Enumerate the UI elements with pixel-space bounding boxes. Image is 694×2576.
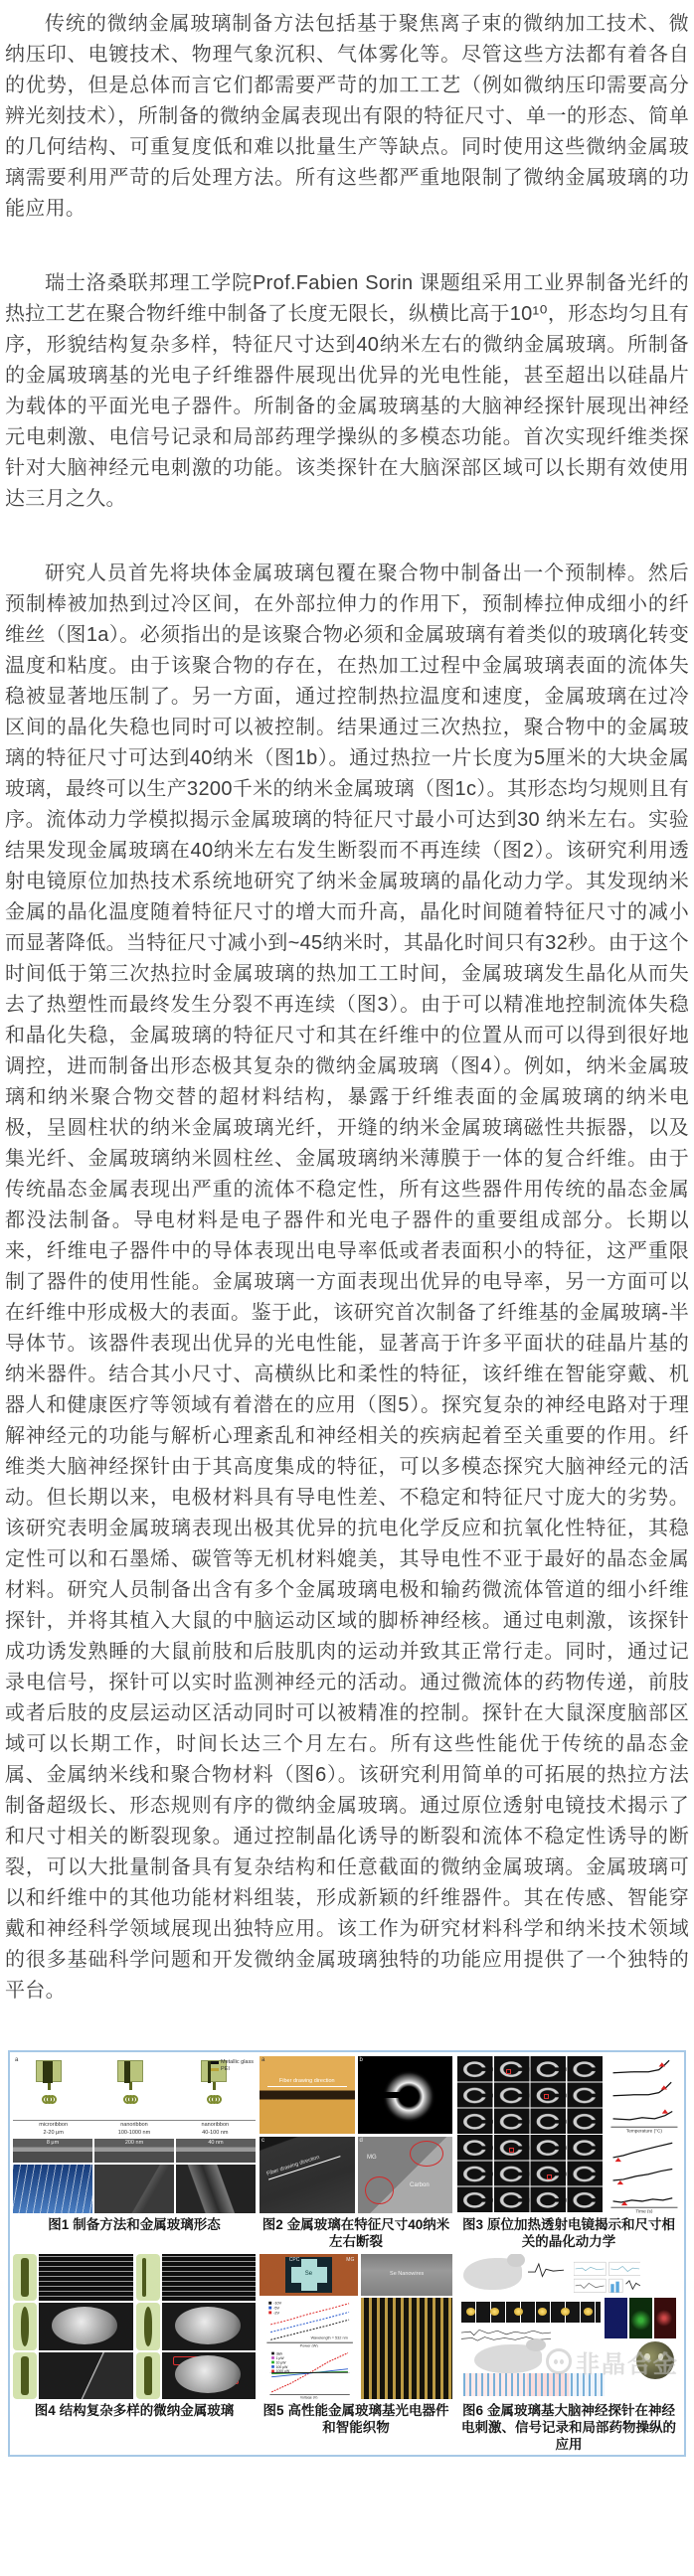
stage-1-size: 2-20 μm — [44, 2130, 64, 2136]
sem-interface — [39, 2352, 133, 2399]
green-schematic — [136, 2303, 160, 2349]
sem-nanowires — [162, 2254, 257, 2301]
fig5-panel-d-iv-plot: dark 1 μW 10 μW 100 μW 1000 μW Voltage (… — [260, 2349, 358, 2399]
se-label: Se — [305, 2271, 312, 2277]
svg-text:Time (s): Time (s) — [636, 2208, 654, 2213]
fluorescence-red — [654, 2298, 677, 2338]
fluorescence-green — [629, 2298, 652, 2338]
recording-panels — [574, 2257, 641, 2298]
walking-filmstrip — [461, 2302, 601, 2322]
fig2-panel-letter-d: d — [360, 2138, 363, 2144]
red-marker-1 — [506, 2069, 511, 2074]
paragraph-3: 研究人员首先将块体金属玻璃包覆在聚合物中制备出一个预制棒。然后预制棒被加热到过冷… — [5, 559, 689, 2007]
fig1-caption: 图1制备方法和金属玻璃形态 — [13, 2216, 256, 2233]
svg-text:Power (W): Power (W) — [300, 2344, 319, 2347]
fig4-unit-2 — [13, 2303, 133, 2349]
stage-2-name: nanoribbon — [120, 2122, 148, 2128]
svg-text:100 μW: 100 μW — [276, 2365, 289, 2369]
fig4-unit-4 — [136, 2254, 257, 2301]
fiber-sem-gray-1 — [94, 2165, 174, 2213]
red-box-1 — [173, 2356, 199, 2365]
green-schematic — [13, 2254, 37, 2301]
sem-sphere — [162, 2303, 257, 2349]
metallic-glass-swatch — [211, 2061, 219, 2064]
diffraction-rings-pattern — [456, 2056, 603, 2213]
fig2-panel-letter-c: c — [261, 2138, 264, 2144]
beam-stop — [358, 2092, 411, 2097]
fig1-stage-labels: microribbon2-20 μm nanoribbon100-1000 nm… — [13, 2120, 256, 2138]
fig4-unit-3 — [13, 2352, 133, 2399]
legend-metallic-glass: Metallic glass — [221, 2059, 254, 2066]
fig1-panel-c-sem-images — [13, 2165, 256, 2213]
svg-text:-2V: -2V — [273, 2311, 279, 2315]
cpc-label: CPC — [289, 2257, 300, 2263]
stage-3-size: 40-100 nm — [202, 2130, 228, 2136]
red-marker-3 — [509, 2148, 514, 2153]
sem-strip-1: 8 μm — [13, 2139, 92, 2163]
fig5-panel-a-device: CPC MG Se — [260, 2254, 358, 2296]
fig3-diffraction-grid — [456, 2056, 603, 2213]
green-schematic — [136, 2352, 160, 2399]
mg-label: MG — [367, 2155, 377, 2161]
stage-3-name: nanoribbon — [202, 2122, 230, 2128]
se-nanowires-label: Se Nanowires — [361, 2271, 452, 2277]
fig4-unit-5 — [136, 2303, 257, 2349]
watermark-face-icon — [546, 2348, 572, 2374]
green-schematic — [136, 2254, 160, 2301]
watermark: 非晶合金 — [546, 2344, 679, 2379]
svg-text:-5V: -5V — [273, 2307, 279, 2311]
fig5-panel-e-smart-fabric — [361, 2298, 452, 2399]
fig4-caption: 图4结构复杂多样的微纳金属玻璃 — [13, 2402, 256, 2419]
fig3-plots: Temperature (°C) Time (s) — [606, 2056, 681, 2213]
sem-strip-2: 200 nm — [94, 2139, 174, 2163]
crystallization-vs-temperature-plot: Temperature (°C) — [606, 2056, 681, 2134]
spike-trace — [528, 2260, 564, 2280]
fig4-unit-1 — [13, 2254, 133, 2301]
figure-5: CPC MG Se -10V -5V -2V Wavelengt — [260, 2254, 452, 2453]
fig2-panel-d-tem: d MG Carbon — [358, 2137, 453, 2214]
svg-text:Wavelength = 532 nm: Wavelength = 532 nm — [311, 2335, 348, 2339]
fig5-caption: 图5高性能金属玻璃基光电器件和智能织物 — [260, 2402, 452, 2436]
fig6-caption: 图6金属玻璃基大脑神经探针在神经电刺激、信号记录和局部药物操纵的应用 — [456, 2402, 681, 2453]
sem-strip-3: 40 nm — [176, 2139, 256, 2163]
legend-pei: PEI — [221, 2066, 230, 2073]
red-marker-4 — [547, 2174, 552, 2179]
fig1-panel-b-sem-strips: 8 μm 200 nm 40 nm — [13, 2139, 256, 2163]
figure-3: Temperature (°C) Time (s) 图3原位加热透射电镜揭示和尺… — [456, 2056, 681, 2250]
crystallization-vs-time-plot: Time (s) — [606, 2137, 681, 2214]
svg-text:Temperature (°C): Temperature (°C) — [626, 2128, 663, 2133]
fig1-legend: Metallic glass PEI — [211, 2059, 254, 2073]
stage-1-name: microribbon — [39, 2122, 68, 2128]
preform-schematic-2 — [100, 2060, 160, 2118]
red-ellipse-1 — [410, 2141, 443, 2167]
carbon-label: Carbon — [410, 2182, 430, 2188]
figure-panel: a Metallic glass PEI microribbon2-20 μm … — [8, 2050, 686, 2457]
paragraph-2: 瑞士洛桑联邦理工学院Prof.Fabien Sorin 课题组采用工业界制备光纤… — [5, 268, 689, 515]
fig2-panel-b-diffraction: b — [358, 2056, 453, 2134]
fig2-panel-letter-b: b — [360, 2057, 363, 2063]
mg-label: MG — [346, 2257, 354, 2263]
fiber-sem-gray-2 — [176, 2165, 256, 2213]
stage-2-size: 100-1000 nm — [118, 2130, 150, 2136]
red-box-2 — [216, 2374, 239, 2383]
fig4-unit-6 — [136, 2352, 257, 2399]
sem-ribbons — [39, 2254, 133, 2301]
drawing-direction-label-2: Fiber drawing direction — [265, 2148, 340, 2179]
svg-text:dark: dark — [276, 2351, 283, 2355]
preform-schematic-1 — [19, 2060, 79, 2118]
svg-text:1 μW: 1 μW — [276, 2356, 285, 2360]
fig1-panel-letter-a: a — [15, 2057, 18, 2063]
green-schematic — [13, 2352, 37, 2399]
sem-cross-section — [39, 2303, 133, 2349]
svg-text:-10V: -10V — [273, 2302, 282, 2306]
figure-4: 图4结构复杂多样的微纳金属玻璃 — [13, 2254, 256, 2453]
red-ellipse-2 — [365, 2176, 394, 2204]
svg-text:10 μW: 10 μW — [276, 2360, 287, 2364]
fig1-panel-a-schematic: a Metallic glass PEI — [13, 2056, 256, 2120]
pei-swatch — [211, 2068, 219, 2071]
fig5-panel-b-sem: Se Nanowires — [361, 2254, 452, 2296]
figure-2: a Fiber drawing direction b c Fiber draw… — [260, 2056, 452, 2250]
paragraph-1: 传统的微纳金属玻璃制备方法包括基于聚焦离子束的微纳加工技术、微纳压印、电镀技术、… — [5, 9, 689, 225]
figure-1: a Metallic glass PEI microribbon2-20 μm … — [13, 2056, 256, 2250]
figure-6: 非晶合金 图6金属玻璃基大脑神经探针在神经电刺激、信号记录和局部药物操纵的应用 — [456, 2254, 681, 2453]
sem-composite-circle — [162, 2352, 257, 2399]
fig2-caption: 图2金属玻璃在特征尺寸40纳米左右断裂 — [260, 2216, 452, 2250]
red-marker-2 — [544, 2094, 549, 2099]
article-body: 传统的微纳金属玻璃制备方法包括基于聚焦离子束的微纳加工技术、微纳压印、电镀技术、… — [0, 0, 694, 2007]
rat-schematic-2 — [474, 2344, 542, 2373]
fig2-panel-letter-a: a — [261, 2057, 264, 2063]
fluorescence-blue — [605, 2298, 627, 2338]
fig2-panel-c-sem: c Fiber drawing direction — [260, 2137, 355, 2214]
fiber-array-sem-blue — [13, 2165, 92, 2213]
fig3-caption: 图3原位加热透射电镜揭示和尺寸相关的晶化动力学 — [456, 2216, 681, 2250]
fig2-panel-a-optical: a Fiber drawing direction — [260, 2056, 355, 2134]
drawing-direction-label: Fiber drawing direction — [267, 2078, 347, 2087]
rat-schematic-1 — [463, 2258, 522, 2290]
fig5-panel-c-photoresponse-plot: -10V -5V -2V Wavelength = 532 nm Power (… — [260, 2298, 358, 2347]
green-schematic — [13, 2303, 37, 2349]
svg-text:Voltage (V): Voltage (V) — [300, 2396, 318, 2399]
